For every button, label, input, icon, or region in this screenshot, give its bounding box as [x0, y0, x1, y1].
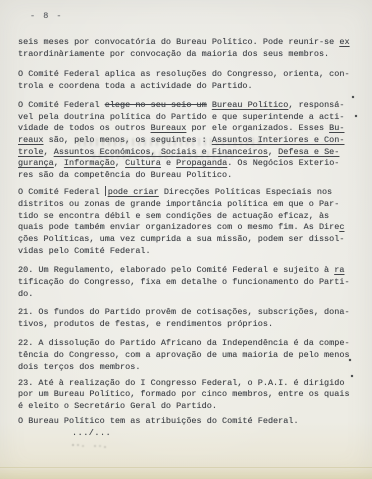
paragraph: 20. Um Regulamento, elaborado pelo Comit…	[18, 265, 362, 300]
underlined-text: reaux	[18, 135, 44, 145]
underlined-text: Propaganda	[176, 158, 227, 168]
paragraph: O Comité Federal aplica as resoluções do…	[18, 69, 362, 92]
text-line: O Comité Federal aplica as resoluções do…	[18, 69, 362, 81]
paragraph: 22. A dissolução do Partido Africano da …	[18, 338, 362, 373]
text-segment: trola e coordena toda a actividade do Pa…	[18, 81, 253, 91]
paragraph: 21. Os fundos do Partido provêm de cotis…	[18, 307, 362, 330]
text-line: O Comité Federal pode criar Direcções Po…	[18, 186, 362, 199]
text-line: distritos ou zonas de grande importância…	[18, 199, 362, 211]
text-segment: O Comité Federal aplica as resoluções do…	[18, 69, 350, 79]
paragraph: O Comité Federal pode criar Direcções Po…	[18, 186, 362, 257]
text-line: res são da competência do Bureau Polític…	[18, 170, 362, 182]
text-line: vidade de todos os outros Bureaux por el…	[18, 123, 362, 135]
text-segment: dois terços dos membros.	[18, 362, 140, 372]
text-segment: 22. A dissolução do Partido Africano da …	[18, 338, 350, 348]
text-line: seis meses por convocatória do Bureau Po…	[18, 37, 362, 49]
underlined-text: Assuntos Económicos, Sociais e Financeir…	[54, 147, 268, 157]
underlined-text: Bureau Político	[212, 100, 289, 110]
text-line: 21. Os fundos do Partido provêm de cotis…	[18, 307, 362, 319]
struck-text: elege no seu seio um	[105, 100, 207, 110]
text-segment: distritos ou zonas de grande importância…	[18, 199, 339, 209]
text-segment: tência do Congresso, com a aprovação de …	[18, 350, 350, 360]
text-segment: vidas pelo Comité Federal.	[18, 246, 151, 256]
text-line: tificação do Congresso, fixa em detalhe …	[18, 277, 362, 289]
text-line: O Bureau Político tem as atribuições do …	[18, 416, 362, 428]
text-segment: 23. Até à realização do I Congresso Fede…	[18, 378, 344, 388]
text-line: O Comité Federal elege no seu seio um Bu…	[18, 100, 362, 112]
text-segment: res são da competência do Bureau Polític…	[18, 170, 232, 180]
ink-smudge	[72, 444, 74, 446]
text-line: tivos, produtos de festas, e rendimentos…	[18, 319, 362, 331]
text-segment: por um Bureau Político, formado por cinc…	[18, 389, 350, 399]
page-number: - 8 -	[30, 11, 63, 21]
text-segment: O Bureau Político tem as atribuições do …	[18, 416, 299, 426]
text-segment: é eleito o Secretário Geral do Partido.	[18, 401, 217, 411]
text-line: tido se encontra débil e sem condições d…	[18, 211, 362, 223]
scanned-typewritten-page: - 8 - seis meses por convocatória do Bur…	[0, 0, 372, 479]
text-line: ções Políticas, uma vez cumprida a sua m…	[18, 234, 362, 246]
text-line: 22. A dissolução do Partido Africano da …	[18, 338, 362, 350]
document-body: seis meses por convocatória do Bureau Po…	[18, 37, 362, 428]
text-line: vidas pelo Comité Federal.	[18, 246, 362, 258]
text-line: traordinàriamente por convocação da maio…	[18, 49, 362, 61]
underlined-text: Assuntos Interiores e Con-	[212, 135, 345, 145]
text-segment: e	[161, 158, 176, 168]
text-segment: ções Políticas, uma vez cumprida a sua m…	[18, 234, 344, 244]
text-line: 23. Até à realização do I Congresso Fede…	[18, 378, 362, 390]
text-segment: O Comité Federal	[18, 100, 105, 110]
paragraph: O Bureau Político tem as atribuições do …	[18, 416, 362, 428]
text-segment: ,	[44, 147, 54, 157]
text-line: dois terços dos membros.	[18, 362, 362, 374]
underlined-text: ex	[339, 37, 349, 47]
text-segment: tido se encontra débil e sem condições d…	[18, 211, 329, 221]
underlined-text: Bureaux	[151, 123, 187, 133]
text-line: do.	[18, 289, 362, 301]
text-line: é eleito o Secretário Geral do Partido.	[18, 401, 362, 413]
text-segment: seis meses por convocatória do Bureau Po…	[18, 37, 339, 47]
underlined-text: Informação	[64, 158, 115, 168]
underlined-text: Cultura	[125, 158, 161, 168]
text-line: 20. Um Regulamento, elaborado pelo Comit…	[18, 265, 362, 277]
text-segment: do.	[18, 289, 33, 299]
text-segment: tificação do Congresso, fixa em detalhe …	[18, 277, 350, 287]
text-segment: 20. Um Regulamento, elaborado pelo Comit…	[18, 265, 334, 275]
text-line: trole, Assuntos Económicos, Sociais e Fi…	[18, 147, 362, 159]
text-segment: tivos, produtos de festas, e rendimentos…	[18, 319, 273, 329]
paragraph: O Comité Federal elege no seu seio um Bu…	[18, 100, 362, 182]
text-segment: Direcções Políticas Especiais nos	[159, 187, 332, 197]
underlined-text: pode criar	[105, 187, 159, 197]
underlined-text: ra	[334, 265, 344, 275]
text-line: vel pela doutrina política do Partido e …	[18, 112, 362, 124]
text-segment: quais pode também enviar organizadores c…	[18, 222, 339, 232]
underlined-text: c	[339, 222, 344, 232]
text-segment: ,	[54, 158, 64, 168]
text-line: tência do Congresso, com a aprovação de …	[18, 350, 362, 362]
text-segment: 21. Os fundos do Partido provêm de cotis…	[18, 307, 350, 317]
text-segment: são, pelo menos, os seguintes :	[44, 135, 212, 145]
underlined-text: trole	[18, 147, 44, 157]
underlined-text: Bu-	[329, 123, 344, 133]
text-line: trola e coordena toda a actividade do Pa…	[18, 81, 362, 93]
paragraph: seis meses por convocatória do Bureau Po…	[18, 37, 362, 60]
text-line: gurança, Informação, Cultura e Propagand…	[18, 158, 362, 170]
underlined-text: gurança	[18, 158, 54, 168]
text-segment: por ele organizados. Esses	[186, 123, 329, 133]
text-segment: vidade de todos os outros	[18, 123, 151, 133]
text-segment: . Os Negócios Exterio-	[227, 158, 339, 168]
text-segment: ,	[115, 158, 125, 168]
text-segment: traordinàriamente por convocação da maio…	[18, 49, 329, 59]
text-segment: O Comité Federal	[18, 187, 105, 197]
continuation-mark: .../...	[72, 428, 111, 438]
scan-bottom-edge	[0, 467, 372, 479]
text-segment: vel pela doutrina política do Partido e …	[18, 112, 344, 122]
text-segment: , responsá-	[288, 100, 344, 110]
paragraph: 23. Até à realização do I Congresso Fede…	[18, 378, 362, 413]
underlined-text: Defesa e Se-	[278, 147, 339, 157]
text-line: quais pode também enviar organizadores c…	[18, 222, 362, 234]
text-segment: ,	[268, 147, 278, 157]
text-line: por um Bureau Político, formado por cinc…	[18, 389, 362, 401]
text-line: reaux são, pelo menos, os seguintes : As…	[18, 135, 362, 147]
